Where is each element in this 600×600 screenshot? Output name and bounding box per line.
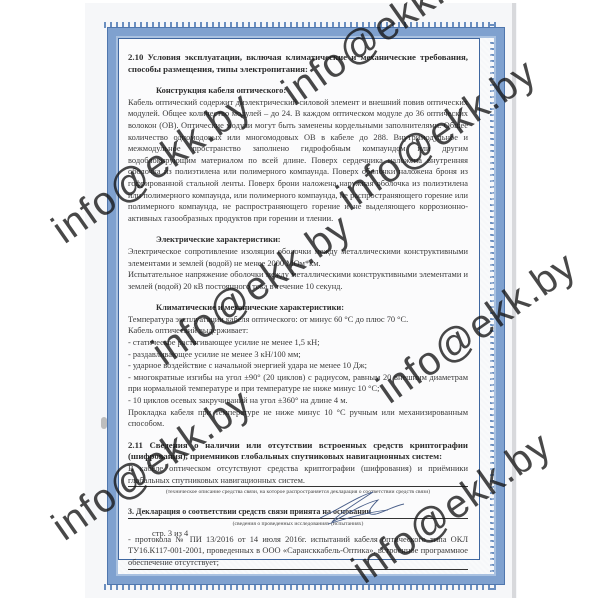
paper-edge <box>512 3 516 598</box>
climatic-line: - статическое растягивающее усилие не ме… <box>128 337 468 349</box>
section-3-heading: 3. Декларация о соответствии средств свя… <box>128 506 468 519</box>
climatic-line: - раздавливающее усилие не менее 3 кН/10… <box>128 349 468 361</box>
section-3-caption: (сведения о проведенных исследованиях (и… <box>128 521 468 528</box>
climatic-line: Кабель оптический выдерживает: <box>128 325 468 337</box>
construction-text: Кабель оптический содержит диэлектрическ… <box>128 97 468 225</box>
section-2-11-caption: (техническое описание средства связи, на… <box>128 489 468 496</box>
construction-title: Конструкция кабеля оптического: <box>128 85 468 97</box>
climatic-line: - ударное воздействие с начальной энерги… <box>128 360 468 372</box>
climatic-title: Климатические и механические характерист… <box>128 302 468 314</box>
signature <box>318 488 408 528</box>
section-3-text: - протокола № ПИ 13/2016 от 14 июля 2016… <box>128 534 468 570</box>
document-content: 2.10 Условия эксплуатации, включая клима… <box>128 52 468 570</box>
page-number: стр. 3 из 4 <box>152 529 188 538</box>
binding-hole <box>101 417 107 429</box>
electrical-line: Испытательное напряжение оболочки между … <box>128 269 468 292</box>
climatic-line: - многократные изгибы на угол ±90° (20 ц… <box>128 372 468 395</box>
climatic-line: Температура эксплуатации кабеля оптическ… <box>128 314 468 326</box>
section-2-10-heading: 2.10 Условия эксплуатации, включая клима… <box>128 52 468 75</box>
section-2-11-text: В кабеле оптическом отсутствуют средства… <box>128 463 468 487</box>
climatic-line: - 10 циклов осевых закручиваний на угол … <box>128 395 468 407</box>
section-2-11-heading: 2.11 Сведения о наличии или отсутствии в… <box>128 440 468 463</box>
electrical-line: Электрическое сопротивление изоляции обо… <box>128 246 468 269</box>
electrical-title: Электрические характеристики: <box>128 234 468 246</box>
climatic-line: Прокладка кабеля при температуре не ниже… <box>128 407 468 430</box>
